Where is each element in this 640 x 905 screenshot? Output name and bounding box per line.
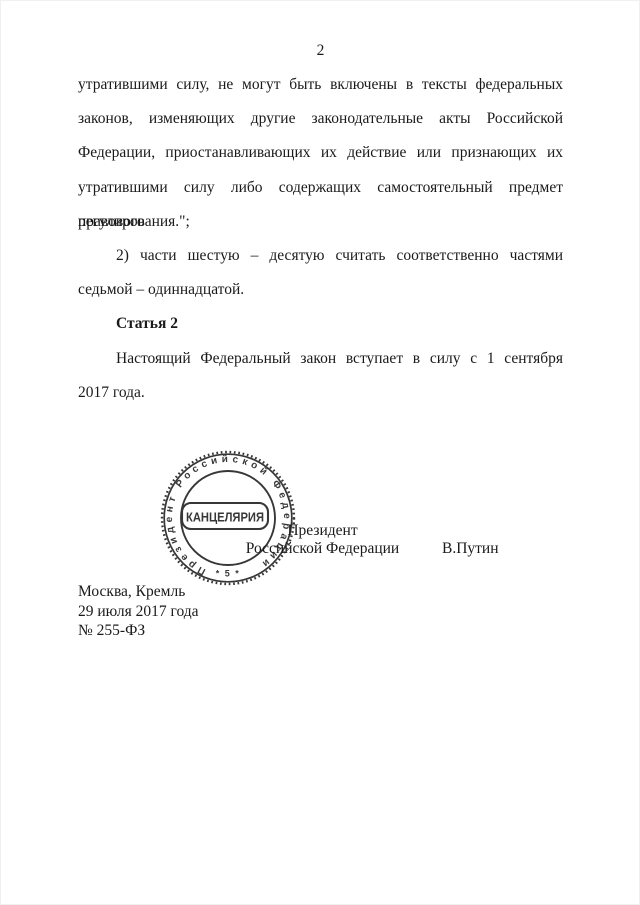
document-page: 2 утратившими силу, не могут быть включе… <box>0 0 640 905</box>
body-line: утратившими силу либо содержащих самосто… <box>78 171 563 205</box>
article-heading: Статья 2 <box>78 307 563 341</box>
body-line: утратившими силу, не могут быть включены… <box>78 68 563 102</box>
body-line: Настоящий Федеральный закон вступает в с… <box>78 342 563 376</box>
signature-name: В.Путин <box>442 540 499 558</box>
body-line: законов, изменяющих другие законодательн… <box>78 102 563 136</box>
body-line: седьмой – одиннадцатой. <box>78 273 563 307</box>
body-line: регулирования."; <box>78 205 563 239</box>
body-line: 2) части шестую – десятую считать соотве… <box>78 239 563 273</box>
footer-block: Москва, Кремль 29 июля 2017 года № 255-Ф… <box>78 582 199 641</box>
footer-date: 29 июля 2017 года <box>78 602 199 622</box>
stamp-center-label: КАНЦЕЛЯРИЯ <box>186 510 264 525</box>
body-text: утратившими силу, не могут быть включены… <box>78 68 563 410</box>
footer-number: № 255-ФЗ <box>78 621 199 641</box>
page-number: 2 <box>78 42 563 60</box>
stamp-number: * 5 * <box>216 569 241 579</box>
body-line: Федерации, приостанавливающих их действи… <box>78 136 563 170</box>
round-seal-stamp-icon: Президент Российской Федерации * 5 * КАН… <box>158 448 298 588</box>
body-line: 2017 года. <box>78 376 563 410</box>
